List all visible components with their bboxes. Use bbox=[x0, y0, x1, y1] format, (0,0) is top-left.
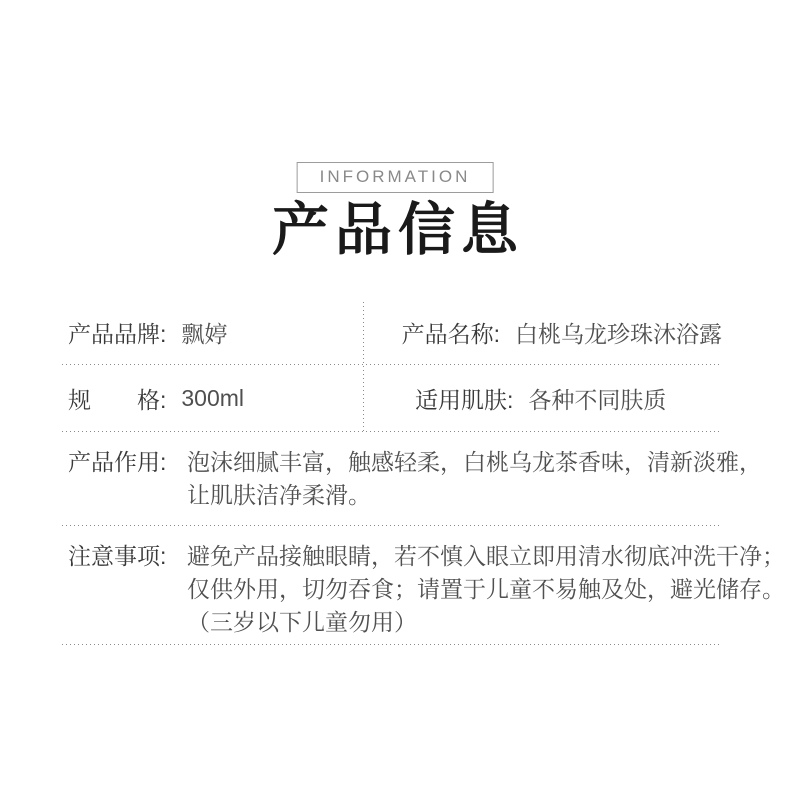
table-row-product-function: 产品作用: 泡沫细腻丰富，触感轻柔，白桃乌龙茶香味，清新淡雅， 让肌肤洁净柔滑。 bbox=[62, 432, 722, 525]
product-info-table: 产品品牌: 飘婷 产品名称: 白桃乌龙珍珠沐浴露 规 格: 300ml 适用肌肤… bbox=[62, 300, 722, 645]
skin-type-label: 适用肌肤: bbox=[415, 382, 513, 415]
spec-cell: 规 格: 300ml bbox=[62, 365, 363, 431]
information-eyebrow-box: INFORMATION bbox=[297, 162, 494, 193]
brand-value: 飘婷 bbox=[181, 316, 227, 349]
row-divider bbox=[62, 644, 722, 645]
product-name-label: 产品名称: bbox=[402, 316, 500, 349]
product-function-line: 让肌肤洁净柔滑。 bbox=[187, 479, 762, 512]
precautions-line: （三岁以下儿童勿用） bbox=[187, 606, 785, 639]
page-title: 产品信息 bbox=[0, 196, 790, 264]
precautions-line: 避免产品接触眼睛，若不慎入眼立即用清水彻底冲洗干净； bbox=[187, 540, 785, 573]
information-eyebrow-label: INFORMATION bbox=[320, 167, 471, 186]
table-row-precautions: 注意事项: 避免产品接触眼睛，若不慎入眼立即用清水彻底冲洗干净； 仅供外用，切勿… bbox=[62, 526, 722, 644]
table-row-brand-name: 产品品牌: 飘婷 产品名称: 白桃乌龙珍珠沐浴露 bbox=[62, 300, 722, 364]
product-function-text: 泡沫细腻丰富，触感轻柔，白桃乌龙茶香味，清新淡雅， 让肌肤洁净柔滑。 bbox=[187, 446, 762, 512]
column-divider bbox=[363, 302, 364, 433]
product-function-line: 泡沫细腻丰富，触感轻柔，白桃乌龙茶香味，清新淡雅， bbox=[187, 446, 762, 479]
product-name-cell: 产品名称: 白桃乌龙珍珠沐浴露 bbox=[350, 300, 722, 364]
product-name-value: 白桃乌龙珍珠沐浴露 bbox=[515, 316, 722, 349]
table-row-spec-skin: 规 格: 300ml 适用肌肤: 各种不同肤质 bbox=[62, 365, 722, 431]
skin-type-cell: 适用肌肤: 各种不同肤质 bbox=[363, 365, 722, 431]
spec-value: 300ml bbox=[181, 385, 244, 412]
precautions-line: 仅供外用，切勿吞食；请置于儿童不易触及处，避光储存。 bbox=[187, 573, 785, 606]
product-info-sheet: INFORMATION 产品信息 产品品牌: 飘婷 产品名称: 白桃乌龙珍珠沐浴… bbox=[0, 0, 790, 790]
skin-type-value: 各种不同肤质 bbox=[528, 382, 666, 415]
brand-label: 产品品牌: bbox=[68, 316, 166, 349]
spec-label: 规 格: bbox=[68, 382, 166, 415]
brand-cell: 产品品牌: 飘婷 bbox=[62, 300, 350, 364]
precautions-label: 注意事项: bbox=[68, 540, 168, 573]
precautions-text: 避免产品接触眼睛，若不慎入眼立即用清水彻底冲洗干净； 仅供外用，切勿吞食；请置于… bbox=[187, 540, 785, 639]
product-function-label: 产品作用: bbox=[68, 446, 168, 479]
